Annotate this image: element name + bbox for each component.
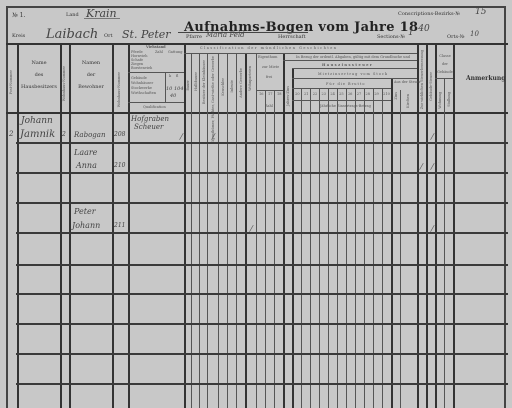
frei-header: frei bbox=[266, 75, 272, 79]
census-sheet: № 1. Land Krain Aufnahms-Bogen vom Jahre… bbox=[0, 0, 512, 408]
class-col: Besitzer der Kleinhäuser bbox=[202, 60, 206, 104]
header-rule bbox=[292, 88, 391, 89]
ort-value: St. Peter bbox=[122, 28, 171, 41]
house-nr: 2 bbox=[62, 131, 66, 138]
col-divider bbox=[301, 88, 302, 408]
col-divider bbox=[283, 53, 285, 408]
livestock-col: Gattung bbox=[168, 50, 182, 54]
col-divider bbox=[207, 53, 208, 408]
orts-label: Orts-№ bbox=[447, 34, 465, 40]
class-col: Inleute bbox=[230, 80, 234, 93]
owner-first-name: Johann bbox=[21, 116, 53, 126]
row-divider bbox=[16, 383, 508, 385]
col-divider bbox=[337, 88, 338, 408]
col-divider bbox=[346, 88, 347, 408]
resident-nr: 208 bbox=[114, 131, 125, 138]
num-col: 17 bbox=[268, 92, 272, 96]
col-divider bbox=[364, 88, 365, 408]
class-col: Andere Gewerbe bbox=[239, 68, 243, 98]
row-divider bbox=[16, 202, 508, 204]
gebaeudesteuer-header: Gebäude-Steuer bbox=[429, 72, 433, 101]
resident-name: Rabogan bbox=[74, 131, 105, 139]
classe-col: Wohnung bbox=[438, 92, 442, 109]
header-post-nr: Post-Nummer bbox=[9, 70, 13, 94]
livestock-title: Viehstand bbox=[146, 45, 166, 49]
col-divider bbox=[274, 90, 275, 408]
header-rule bbox=[184, 53, 417, 54]
pfarre-value: Maria Feld bbox=[206, 31, 245, 39]
class-col: Bauer bbox=[186, 80, 190, 91]
row-divider bbox=[16, 172, 508, 174]
col-divider bbox=[256, 53, 257, 408]
class-col: Wohnparteien bbox=[248, 66, 252, 91]
col-divider bbox=[292, 68, 294, 408]
qualification-header: Qualification bbox=[143, 105, 166, 109]
col-divider bbox=[245, 53, 247, 408]
col-divider bbox=[236, 53, 237, 408]
header-owner: Name des Hausbesitzers bbox=[18, 57, 60, 93]
header-rule bbox=[128, 102, 184, 103]
sections-label: Sections-№ bbox=[377, 34, 405, 40]
col-divider bbox=[227, 53, 228, 408]
resident-name: Anna bbox=[76, 161, 97, 170]
kreis-label: Kreis bbox=[12, 33, 25, 39]
resident-name: Laare bbox=[74, 148, 97, 157]
header-rule bbox=[283, 60, 417, 61]
land-label: Land bbox=[66, 12, 79, 18]
anmerkung-header: Anmerkung bbox=[466, 75, 505, 82]
col-divider bbox=[400, 90, 401, 408]
header-rule bbox=[435, 78, 453, 79]
eigenthum-header: Eigenthum bbox=[258, 55, 277, 59]
class-col: Eigenthümer, Pächter, Gast-wirthe oder G… bbox=[211, 56, 215, 144]
dwelling-value: 10 104 bbox=[166, 86, 184, 92]
num-col: 16 bbox=[259, 92, 263, 96]
dwelling-list: Gebäude Wohnhäuser Stockwerke Wirthschaf… bbox=[131, 76, 156, 96]
col-divider bbox=[391, 78, 393, 408]
dwelling-col: fl bbox=[176, 74, 178, 78]
orts-value: 10 bbox=[470, 30, 479, 38]
steuer-title: In Bezug der ordentl. Abgaben, gültig mi… bbox=[296, 55, 410, 59]
header-residents: Namen der Bewohner bbox=[70, 57, 112, 93]
classe-header: Classe der Gebäude bbox=[437, 52, 453, 76]
header-rule bbox=[292, 68, 417, 69]
header-rule bbox=[292, 78, 417, 79]
sections-value: 1 bbox=[408, 28, 414, 38]
col-divider bbox=[328, 88, 329, 408]
row-divider bbox=[16, 142, 508, 144]
classification-title: Classification der mündlichen Geschichte… bbox=[200, 46, 338, 50]
resident-nr: 211 bbox=[114, 222, 125, 229]
table-top-border bbox=[6, 43, 508, 45]
steuer-col: Zins bbox=[394, 92, 398, 100]
brutto-header: Für die Brutto bbox=[326, 82, 365, 86]
owner-last-name: Jamnik bbox=[20, 129, 55, 140]
steuerbemessung-header: Zur wirklichen Steuerbemessung bbox=[420, 50, 424, 109]
col-divider bbox=[218, 53, 219, 408]
col-divider bbox=[310, 88, 311, 408]
row-divider bbox=[16, 323, 508, 325]
col-divider bbox=[191, 53, 192, 408]
qualification-value: Hofgraben bbox=[131, 115, 169, 123]
resident-name: Johann bbox=[72, 221, 100, 230]
pfarre-label: Pfarre bbox=[186, 34, 202, 40]
col-divider bbox=[382, 88, 383, 408]
zinsertrag-header: Jährliche Zinsertrags-Betrag bbox=[320, 104, 371, 108]
col-divider bbox=[355, 88, 356, 408]
header-bottom-border bbox=[6, 112, 508, 114]
row-divider bbox=[16, 232, 508, 234]
header-house-nr: Wohnhaus-Nummer bbox=[62, 66, 66, 101]
land-underline bbox=[84, 18, 120, 19]
steuer-col: Aus der Steuer bbox=[394, 80, 421, 84]
qualification-value: Scheuer bbox=[134, 123, 163, 131]
dwelling-value: 40 bbox=[170, 93, 176, 99]
conscription-label: Conscriptions-Bezirks-№ bbox=[398, 11, 460, 17]
class-col: Keuschler bbox=[221, 78, 225, 96]
col-divider bbox=[444, 78, 445, 408]
post-nr: 2 bbox=[9, 130, 13, 138]
header-rule bbox=[292, 100, 391, 101]
num-cols-b: 20 21 22 23 24 25 26 27 28 29 210 bbox=[293, 92, 392, 96]
kreis-value: Laibach bbox=[46, 27, 98, 42]
livestock-col: Zahl bbox=[155, 50, 163, 54]
ort-label: Ort bbox=[104, 33, 113, 39]
row-divider bbox=[16, 293, 508, 295]
herrschaft-label: Herrschaft bbox=[278, 34, 306, 40]
jahres-header: Jahres-Zins bbox=[286, 86, 290, 106]
form-number: № 1. bbox=[12, 12, 25, 19]
mietzins-header: Mietzinsertrag vom Stock bbox=[318, 72, 388, 76]
col-divider bbox=[319, 88, 320, 408]
dwelling-col: k bbox=[169, 74, 171, 78]
col-divider bbox=[199, 53, 200, 408]
class-col: Halbbauer bbox=[194, 72, 198, 91]
header-rule bbox=[256, 90, 283, 91]
row-divider bbox=[16, 264, 508, 266]
col-divider bbox=[373, 88, 374, 408]
zahl-header: Zahl bbox=[265, 104, 273, 108]
classe-col: Stallung bbox=[447, 92, 451, 107]
col-divider bbox=[265, 90, 266, 408]
num-col: 18 bbox=[277, 92, 281, 96]
resident-name: Peter bbox=[74, 207, 96, 216]
resident-nr: 210 bbox=[114, 162, 125, 169]
row-divider bbox=[16, 353, 508, 355]
miete-header: zur Miete bbox=[262, 65, 279, 69]
steuer-col: Kirchen bbox=[406, 94, 410, 108]
header-dwelling-nr: Wohnhaus-Nummer bbox=[117, 72, 121, 107]
livestock-list: Pferde Hornvieh Schafe Ziegen Borstenvie… bbox=[131, 50, 152, 70]
header-rule bbox=[128, 72, 184, 73]
conscription-value: 15 bbox=[475, 7, 486, 17]
hauszinssteuer-header: Hauszinssteuer bbox=[322, 63, 373, 67]
